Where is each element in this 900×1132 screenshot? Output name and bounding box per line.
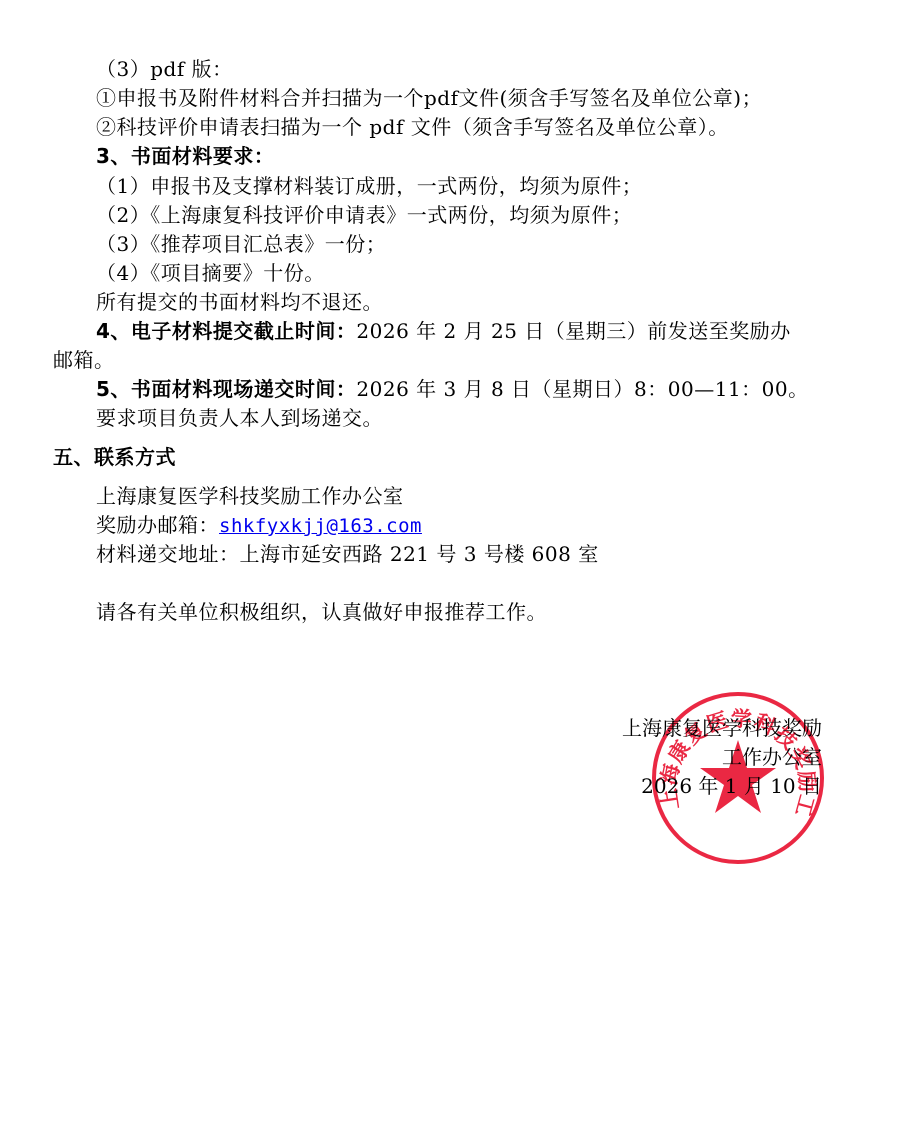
item-5-label: 5、书面材料现场递交时间：: [96, 377, 356, 401]
office-name: 上海康复医学科技奖励工作办公室: [96, 482, 404, 511]
email-label: 奖励办邮箱：: [96, 513, 219, 537]
pdf-version-heading: （3）pdf 版：: [96, 55, 233, 84]
address-label: 材料递交地址：: [96, 542, 240, 566]
item-5-text: 2026 年 3 月 8 日（星期日）8：00—11：00。: [356, 377, 808, 401]
section-3-heading: 3、书面材料要求：: [96, 142, 274, 171]
official-seal-stamp-icon: 上海康复医学科技奖励工作办公室: [650, 690, 826, 866]
address-line: 材料递交地址：上海市延安西路 221 号 3 号楼 608 室: [96, 540, 599, 569]
requirement-3: （3）《推荐项目汇总表》一份；: [96, 230, 386, 259]
requirement-4: （4）《项目摘要》十份。: [96, 259, 325, 288]
email-line: 奖励办邮箱：shkfyxkjj@163.com: [96, 511, 422, 541]
address-value: 上海市延安西路 221 号 3 号楼 608 室: [240, 542, 599, 566]
item-4-text: 2026 年 2 月 25 日（星期三）前发送至奖励办: [356, 319, 790, 343]
pdf-item-1: ①申报书及附件材料合并扫描为一个pdf文件(须含手写签名及单位公章)；: [96, 84, 762, 113]
item-5-submission-time: 5、书面材料现场递交时间：2026 年 3 月 8 日（星期日）8：00—11：…: [96, 375, 809, 404]
no-return-note: 所有提交的书面材料均不退还。: [96, 288, 383, 317]
item-4-label: 4、电子材料提交截止时间：: [96, 319, 356, 343]
section-5-heading: 五、联系方式: [53, 443, 176, 472]
requirement-2: （2）《上海康复科技评价申请表》一式两份，均须为原件；: [96, 201, 632, 230]
item-4-deadline: 4、电子材料提交截止时间：2026 年 2 月 25 日（星期三）前发送至奖励办: [96, 317, 791, 346]
pdf-item-2: ②科技评价申请表扫描为一个 pdf 文件（须含手写签名及单位公章）。: [96, 113, 729, 142]
item-4-continuation: 邮箱。: [53, 346, 115, 375]
item-5-note: 要求项目负责人本人到场递交。: [96, 404, 383, 433]
closing-remark: 请各有关单位积极组织，认真做好申报推荐工作。: [96, 598, 547, 627]
email-link[interactable]: shkfyxkjj@163.com: [219, 515, 422, 537]
document-page: （3）pdf 版： ①申报书及附件材料合并扫描为一个pdf文件(须含手写签名及单…: [0, 0, 900, 1132]
requirement-1: （1）申报书及支撑材料装订成册，一式两份，均须为原件；: [96, 172, 642, 201]
